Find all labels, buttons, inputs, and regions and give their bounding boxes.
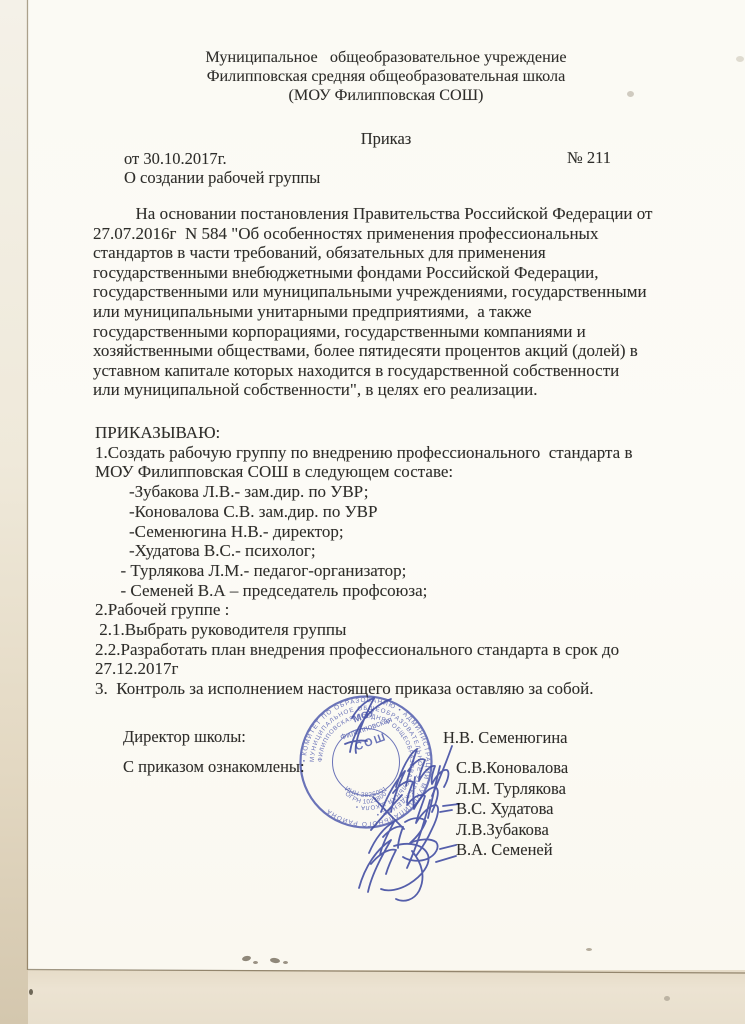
text-line: государственными или муниципальными учре… (93, 282, 652, 302)
scanned-document: Муниципальное общеобразовательное учрежд… (0, 0, 745, 1024)
text-line: Муниципальное общеобразовательное учрежд… (98, 48, 674, 67)
text-line: Л.М. Турлякова (456, 779, 568, 800)
text-line: -Худатова В.С.- психолог; (95, 541, 632, 561)
text-line: государственными корпорациями, государст… (93, 322, 652, 342)
text-line: На основании постановления Правительства… (93, 204, 652, 224)
scan-speck (664, 996, 670, 1001)
text-line: или муниципальными унитарными предприяти… (93, 302, 652, 322)
text-line: стандартов в части требований, обязатель… (93, 243, 652, 263)
text-line: - Семеней В.А – председатель профсоюза; (95, 581, 632, 601)
text-line: 2.Рабочей группе : (95, 600, 632, 620)
text-line: Л.В.Зубакова (456, 820, 568, 841)
acknowledged-label: С приказом ознакомлены: (123, 757, 305, 777)
scan-edge-left (0, 0, 28, 1024)
text-line: ПРИКАЗЫВАЮ: (95, 423, 632, 443)
date-line: от 30.10.2017г. (124, 149, 227, 169)
document-title: Приказ (98, 129, 674, 149)
order-number: № 211 (567, 148, 611, 168)
document-page: Муниципальное общеобразовательное учрежд… (28, 0, 745, 970)
text-line: Филипповская средняя общеобразовательная… (98, 67, 674, 86)
preamble-paragraph: На основании постановления Правительства… (93, 204, 652, 400)
director-name: Н.В. Семенюгина (443, 728, 568, 748)
acknowledged-names: С.В.КоноваловаЛ.М. ТурляковаВ.С. Худатов… (456, 758, 568, 861)
text-line: МОУ Филипповская СОШ в следующем составе… (95, 462, 632, 482)
text-line: 3. Контроль за исполнением настоящего пр… (95, 679, 632, 699)
org-header: Муниципальное общеобразовательное учрежд… (98, 48, 674, 105)
scan-speck (29, 989, 33, 995)
text-line: 27.07.2016г N 584 "Об особенностях приме… (93, 224, 652, 244)
scan-speck (253, 961, 258, 964)
text-line: 2.1.Выбрать руководителя группы (95, 620, 632, 640)
scan-speck (627, 91, 634, 97)
text-line: хозяйственными обществами, более пятидес… (93, 341, 652, 361)
text-line: 1.Создать рабочую группу по внедрению пр… (95, 443, 632, 463)
text-line: уставном капитале которых находится в го… (93, 361, 652, 381)
scan-speck (736, 56, 744, 62)
director-label: Директор школы: (123, 727, 246, 747)
text-line: (МОУ Филипповская СОШ) (98, 86, 674, 105)
text-line: С.В.Коновалова (456, 758, 568, 779)
text-line: В.А. Семеней (456, 840, 568, 861)
text-line: или муниципальной собственности", в целя… (93, 380, 652, 400)
text-line: - Турлякова Л.М.- педагог-организатор; (95, 561, 632, 581)
order-items: ПРИКАЗЫВАЮ:1.Создать рабочую группу по в… (95, 423, 632, 699)
text-line: В.С. Худатова (456, 799, 568, 820)
scan-speck (283, 961, 288, 964)
scan-edge-bottom (28, 970, 745, 1024)
text-line: 27.12.2017г (95, 659, 632, 679)
scan-speck (586, 948, 592, 951)
text-line: 2.2.Разработать план внедрения профессио… (95, 640, 632, 660)
text-line: -Семенюгина Н.В.- директор; (95, 522, 632, 542)
text-line: государственными внебюджетными фондами Р… (93, 263, 652, 283)
text-line: -Коновалова С.В. зам.дир. по УВР (95, 502, 632, 522)
subject-line: О создании рабочей группы (124, 168, 320, 188)
text-line: -Зубакова Л.В.- зам.дир. по УВР; (95, 482, 632, 502)
